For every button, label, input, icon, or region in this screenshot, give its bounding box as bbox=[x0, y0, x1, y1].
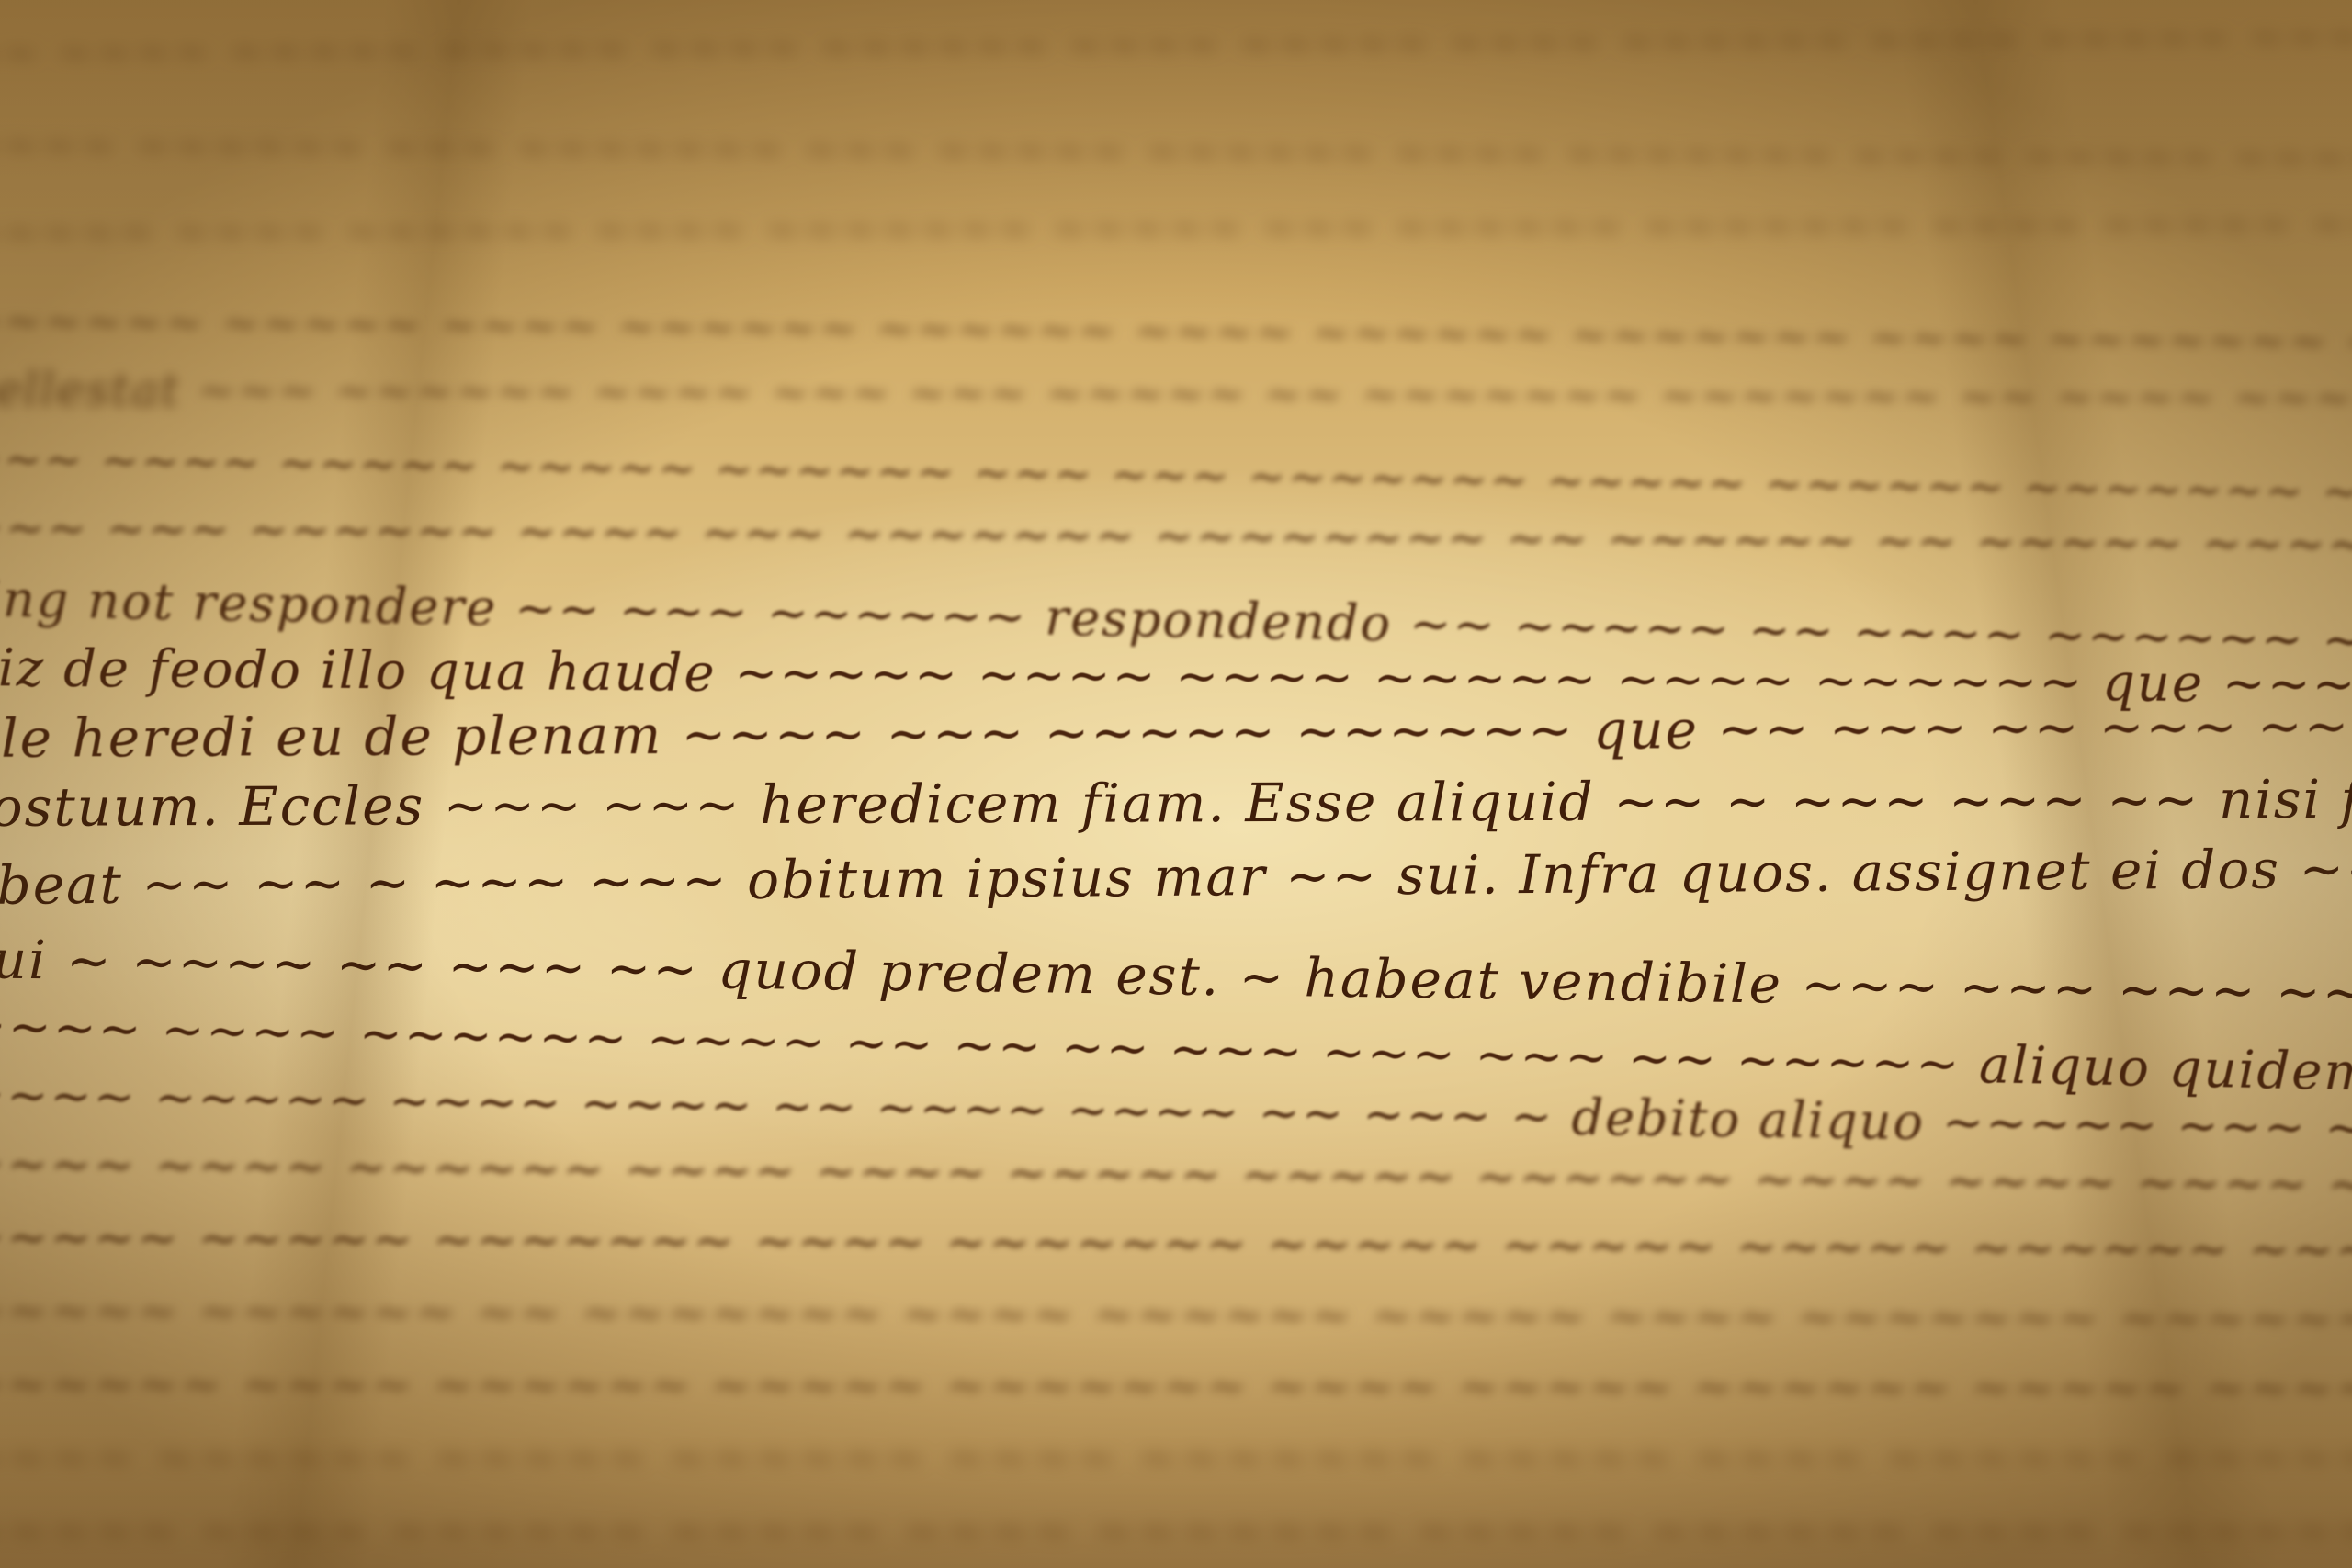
manuscript-line: rostuum. Eccles ~~~ ~~~ heredicem fiam. … bbox=[0, 766, 2352, 839]
manuscript-line: ~~~~~ ~~~~~~ ~~ ~~~~~~~ ~~~~ ~~~~~~ ~~~~… bbox=[0, 1281, 2352, 1351]
manuscript-line: bellestat ~~~ ~~~~~~ ~~~~ ~~~ ~~~ ~~~~~ … bbox=[0, 363, 2352, 426]
manuscript-line: ~~~~~ ~~~~~ ~~~~~~~ ~~~~ ~~~~~~~ ~~~~~ ~… bbox=[0, 1208, 2352, 1284]
parchment-photo: ~~ ~~~~ ~~~~~ ~~~~~ ~~~~ ~~~~~~ ~~~~ ~~~… bbox=[0, 0, 2352, 1568]
manuscript-line: ~~~~ ~~~~~~ ~~~ ~~~~~~~ ~~~ ~~~~~ ~~~~~~… bbox=[0, 119, 2352, 187]
manuscript-line: ~~~~~~ ~~~~ ~~~~~~ ~~~~~ ~~~~~~~ ~~~~ ~~… bbox=[0, 1355, 2352, 1418]
manuscript-line: abeat ~~ ~~ ~ ~~~ ~~~ obitum ipsius mar … bbox=[0, 829, 2352, 917]
manuscript-line: ~~ ~~~~ ~~~~~ ~~~~~ ~~~~ ~~~~~~ ~~~~ ~~~… bbox=[0, 5, 2352, 79]
manuscript-line: ~~~~~ ~~~~ ~~~~~~ ~~~~ ~~~~~~~ ~~~~~ ~~~… bbox=[0, 197, 2352, 258]
manuscript-line: ~~~~ ~~~~~~ ~~~~~ ~~~~~~ ~~~~ ~~~~~~~ ~~… bbox=[0, 1428, 2352, 1486]
manuscript-line: ~~~~~ ~~~~ ~~~~~~ ~~~~~ ~~~~ ~~~~~~~ ~~~… bbox=[0, 1502, 2352, 1560]
manuscript-line: ~~~~~~ ~~~~~ ~~~~ ~~~~~~ ~~~~~~ ~~~~ ~~~… bbox=[0, 294, 2352, 375]
